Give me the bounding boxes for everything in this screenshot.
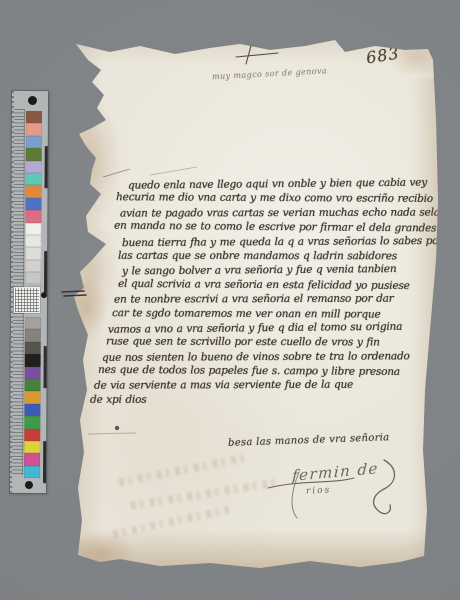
corner-stain	[66, 533, 136, 573]
color-patch-salmon	[26, 123, 42, 135]
color-patch-green	[24, 379, 40, 391]
color-patch-violet	[25, 367, 41, 379]
signature-second-line: rios	[306, 485, 332, 496]
target-edge-tick	[43, 346, 46, 388]
color-patch-gray-3	[25, 260, 41, 272]
ink-showthrough	[130, 478, 279, 509]
folio-number: 683	[365, 43, 401, 67]
target-bottom-registration-dot	[25, 481, 33, 489]
color-patch-orange	[25, 185, 41, 197]
color-patch-gray-6	[25, 329, 41, 341]
target-edge-tick	[44, 251, 47, 293]
ink-showthrough	[118, 454, 247, 487]
color-patch-blue	[25, 198, 41, 210]
color-patch-magenta	[24, 453, 40, 465]
color-patch-light-blue	[26, 136, 42, 148]
signature-name: fermin de	[292, 459, 380, 485]
handwriting-line: de via serviente a mas via serviente fue…	[94, 379, 438, 395]
color-calibration-target	[10, 91, 48, 493]
color-patch-gray-4	[25, 272, 41, 284]
target-color-patches-bottom	[24, 317, 41, 478]
color-patch-red	[24, 428, 40, 440]
header-annotation: muy magco sor de genova	[212, 66, 342, 82]
photo-canvas: 683 muy magco sor de genova quedo enla n…	[0, 0, 460, 600]
handwriting-line: hecuria me dio vna carta y me dixo como …	[116, 192, 438, 208]
handwriting-line: de xpi dios	[90, 394, 438, 409]
target-edge-tick	[45, 146, 48, 188]
bottom-stain	[70, 530, 442, 574]
target-edge-tick	[43, 441, 46, 483]
color-patch-brown	[26, 111, 42, 123]
color-patch-black	[25, 354, 41, 366]
color-patch-lavender	[26, 161, 42, 173]
edge-stain	[64, 276, 108, 342]
color-patch-amber	[24, 391, 40, 403]
color-patch-gray-5	[25, 317, 41, 329]
color-patch-olive-green	[26, 148, 42, 160]
color-patch-yellow	[24, 441, 40, 453]
target-color-patches-top	[25, 111, 42, 285]
handwriting-line: ruse que sen te scrivillo por este cuell…	[106, 336, 438, 352]
color-patch-gray-1	[25, 235, 41, 247]
target-resolution-grid	[14, 287, 40, 313]
target-top-registration-dot	[28, 96, 37, 105]
color-patch-rose	[25, 210, 41, 222]
closing-formula: besa las manos de vra señoria	[228, 432, 390, 449]
manuscript-page: 683 muy magco sor de genova quedo enla n…	[70, 38, 442, 572]
color-patch-gray-7	[25, 342, 41, 354]
color-patch-green-2	[24, 416, 40, 428]
color-patch-gray-2	[25, 247, 41, 259]
handwriting-line: buena tierra fha y me queda la q a vras …	[122, 234, 438, 251]
color-patch-white	[25, 222, 41, 234]
color-patch-cyan	[24, 466, 40, 478]
ink-showthrough	[112, 506, 229, 538]
color-patch-aqua	[26, 173, 42, 185]
handwriting-line: en te nonbre escrivi a vra señoria el re…	[114, 293, 438, 309]
color-patch-blue-2	[24, 404, 40, 416]
letter-body: quedo enla nave llego aqui vn onble y bi…	[112, 178, 438, 408]
